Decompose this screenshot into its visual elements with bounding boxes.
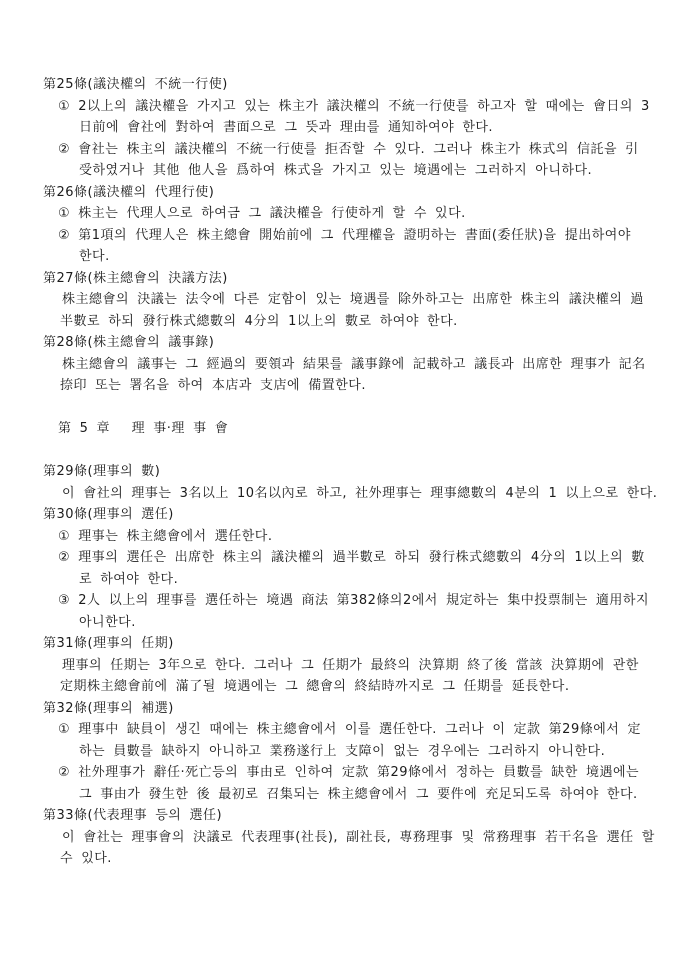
article-32-title: 第32條(理事의 補選) [0,698,670,720]
article-29-title: 第29條(理事의 數) [0,461,670,483]
article-27-body: 株主總會의 決議는 法令에 다른 定함이 있는 境遇를 除外하고는 出席한 株主… [0,289,670,332]
article-28-title: 第28條(株主總會의 議事錄) [0,332,670,354]
article-32-item-1: ① 理事中 缺員이 생긴 때에는 株主總會에서 이를 選任한다. 그러나 이 定… [0,719,670,762]
article-25-title: 第25條(議決權의 不統一行使) [0,74,670,96]
article-32-item-2: ② 社外理事가 辭任·死亡등의 事由로 인하여 定款 第29條에서 정하는 員數… [0,762,670,805]
article-28-body: 株主總會의 議事는 그 經過의 要領과 結果를 議事錄에 記載하고 議長과 出席… [0,354,670,397]
article-29-body: 이 會社의 理事는 3名以上 10名以內로 하고, 社外理事는 理事總數의 4분… [0,483,670,505]
chapter-5-heading: 第 5 章 理 事·理 事 會 [0,418,670,440]
article-25-item-1: ① 2以上의 議決權을 가지고 있는 株主가 議決權의 不統一行使를 하고자 할… [0,96,670,139]
article-30-title: 第30條(理事의 選任) [0,504,670,526]
article-31-title: 第31條(理事의 任期) [0,633,670,655]
document-body: 第25條(議決權의 不統一行使) ① 2以上의 議決權을 가지고 있는 株主가 … [0,0,680,870]
article-30-item-1: ① 理事는 株主總會에서 選任한다. [0,526,670,548]
article-25-item-2: ② 會社는 株主의 議決權의 不統一行使를 拒否할 수 있다. 그러나 株主가 … [0,139,670,182]
article-31-body: 理事의 任期는 3年으로 한다. 그러나 그 任期가 最終의 決算期 終了後 當… [0,655,670,698]
article-26-title: 第26條(議決權의 代理行使) [0,182,670,204]
article-30-item-3: ③ 2人 以上의 理事를 選任하는 境遇 商法 第382條의2에서 規定하는 集… [0,590,670,633]
article-27-title: 第27條(株主總會의 決議方法) [0,268,670,290]
article-30-item-2: ② 理事의 選任은 出席한 株主의 議決權의 過半數로 하되 發行株式總數의 4… [0,547,670,590]
article-33-body: 이 會社는 理事會의 決議로 代表理事(社長), 副社長, 專務理事 및 常務理… [0,827,670,870]
article-26-item-1: ① 株主는 代理人으로 하여금 그 議決權을 行使하게 할 수 있다. [0,203,670,225]
article-33-title: 第33條(代表理事 등의 選任) [0,805,670,827]
document-page: 第25條(議決權의 不統一行使) ① 2以上의 議決權을 가지고 있는 株主가 … [0,0,680,962]
article-26-item-2: ② 第1項의 代理人은 株主總會 開始前에 그 代理權을 證明하는 書面(委任狀… [0,225,670,268]
